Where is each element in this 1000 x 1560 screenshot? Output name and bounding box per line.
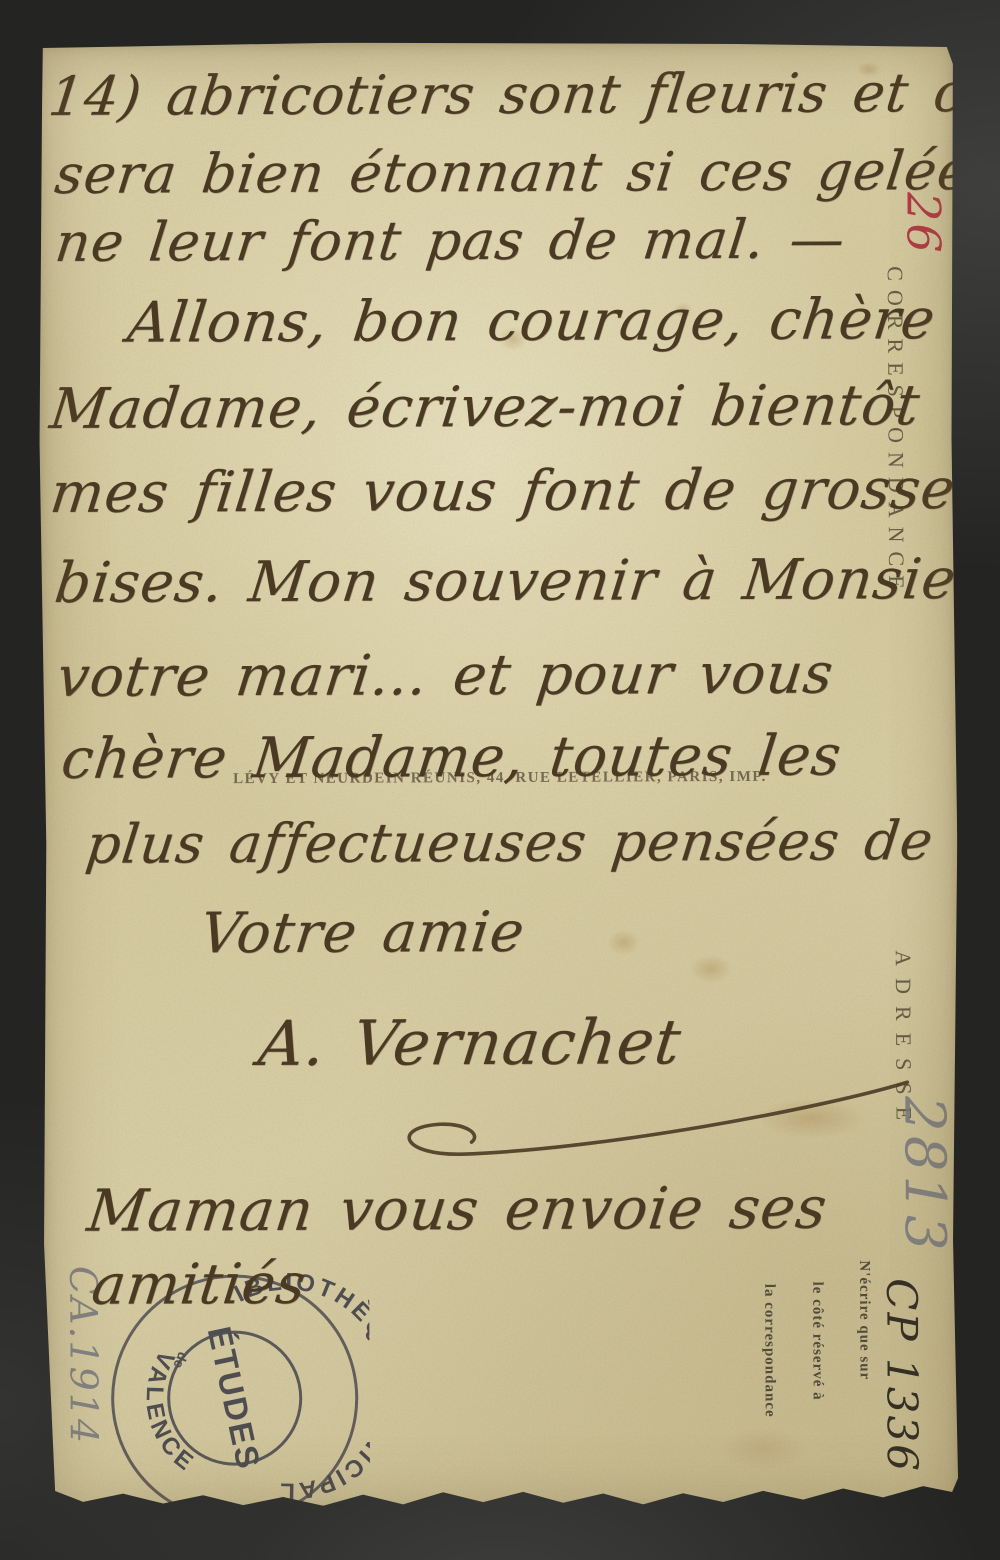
handwriting-line-3: ne leur font pas de mal. — xyxy=(52,212,848,269)
handwriting-line-6: mes filles vous font de grosses xyxy=(47,462,988,522)
svg-text:VALENCE: VALENCE xyxy=(128,1342,204,1484)
handwriting-line-13: Maman vous envoie ses xyxy=(84,1179,830,1240)
handwriting-line-2: sera bien étonnant si ces gelées xyxy=(52,144,1000,202)
catalog-ref-annotation: CP 1336 xyxy=(877,1278,926,1473)
notice-line-3: la correspondance xyxy=(760,1284,778,1418)
scan-background: CORRESPONDANCE ADRESSE LÉVY ET NEURDEIN … xyxy=(0,0,1000,1560)
handwriting-line-1: 14) abricotiers sont fleuris et ce xyxy=(46,66,1000,124)
stamp-ring-bottom-text: VALENCE xyxy=(128,1342,204,1484)
handwriting-line-8: votre mari... et pour vous xyxy=(54,647,836,706)
signature: A. Vernachet xyxy=(255,1011,684,1075)
handwriting-line-5: Madame, écrivez-moi bientôt xyxy=(47,378,923,438)
pencil-number-annotation: 2813 xyxy=(891,1096,956,1255)
handwriting-line-10: plus affectueuses pensées de xyxy=(83,814,936,872)
age-stain xyxy=(736,1090,886,1147)
age-stain xyxy=(681,949,741,989)
age-stain xyxy=(703,1419,823,1480)
postcard: CORRESPONDANCE ADRESSE LÉVY ET NEURDEIN … xyxy=(37,40,961,1516)
notice-line-2: le côté réservé à xyxy=(808,1282,826,1401)
handwriting-line-4: Allons, bon courage, chère xyxy=(125,292,939,352)
stamp-connector-text: de xyxy=(170,1350,191,1371)
notice-line-1: N'écrire que sur xyxy=(855,1260,873,1380)
age-stain xyxy=(601,924,647,960)
handwriting-line-11: Votre amie xyxy=(197,905,527,962)
handwriting-line-7: bises. Mon souvenir à Monsieur xyxy=(52,552,1000,612)
handwriting-line-14: amitiés xyxy=(89,1257,309,1314)
stamp-center-text: ÉTUDES xyxy=(201,1323,268,1473)
handwriting-line-9: chère Madame, toutes les xyxy=(59,728,845,787)
